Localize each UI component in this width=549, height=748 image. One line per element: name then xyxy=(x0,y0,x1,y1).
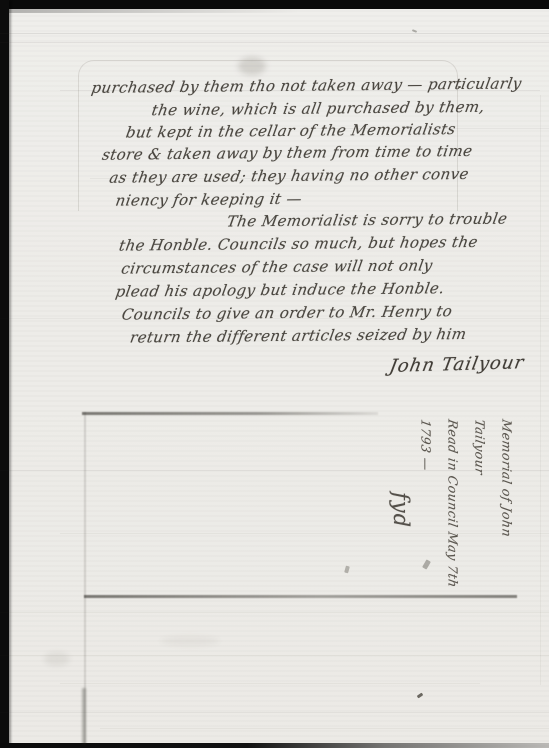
docket-line: 1793 — xyxy=(413,417,440,576)
docket-filing-mark: fyd xyxy=(379,492,413,552)
manuscript-text-block: purchased by them tho not taken away — p… xyxy=(0,0,549,748)
manuscript-line: as they are used; they having no other c… xyxy=(108,165,470,187)
fold-crease-upper xyxy=(82,412,378,415)
manuscript-line: the wine, which is all purchased by them… xyxy=(150,98,486,120)
docket-endorsement: Memorial of John Tailyour Read in Counci… xyxy=(401,420,521,575)
manuscript-line: but kept in the cellar of the Memorialis… xyxy=(125,120,458,141)
manuscript-line: plead his apology but induce the Honble. xyxy=(114,279,446,300)
scanned-manuscript-page: purchased by them tho not taken away — p… xyxy=(0,0,549,748)
docket-line: Tailyour xyxy=(467,417,494,576)
ink-smudge xyxy=(160,636,220,646)
manuscript-line: store & taken away by them from time to … xyxy=(101,142,474,164)
manuscript-line: the Honble. Councils so much, but hopes … xyxy=(118,233,480,255)
docket-line: Read in Council May 7th xyxy=(440,417,467,576)
manuscript-line: circumstances of the case will not only xyxy=(120,256,434,277)
ink-smudge xyxy=(238,57,266,75)
manuscript-line: The Memorialist is sorry to trouble xyxy=(225,210,508,231)
manuscript-line: return the different articles seized by … xyxy=(129,325,468,347)
fold-crease-vertical-dark xyxy=(82,688,86,745)
signature: John Tailyour xyxy=(388,352,526,377)
manuscript-line: Councils to give an order to Mr. Henry t… xyxy=(120,302,453,323)
manuscript-line: niency for keeping it — xyxy=(114,190,303,210)
docket-line: Memorial of John xyxy=(494,417,521,576)
ink-speck xyxy=(458,86,461,88)
fold-crease-lower xyxy=(84,595,517,598)
ink-smudge xyxy=(44,652,70,666)
